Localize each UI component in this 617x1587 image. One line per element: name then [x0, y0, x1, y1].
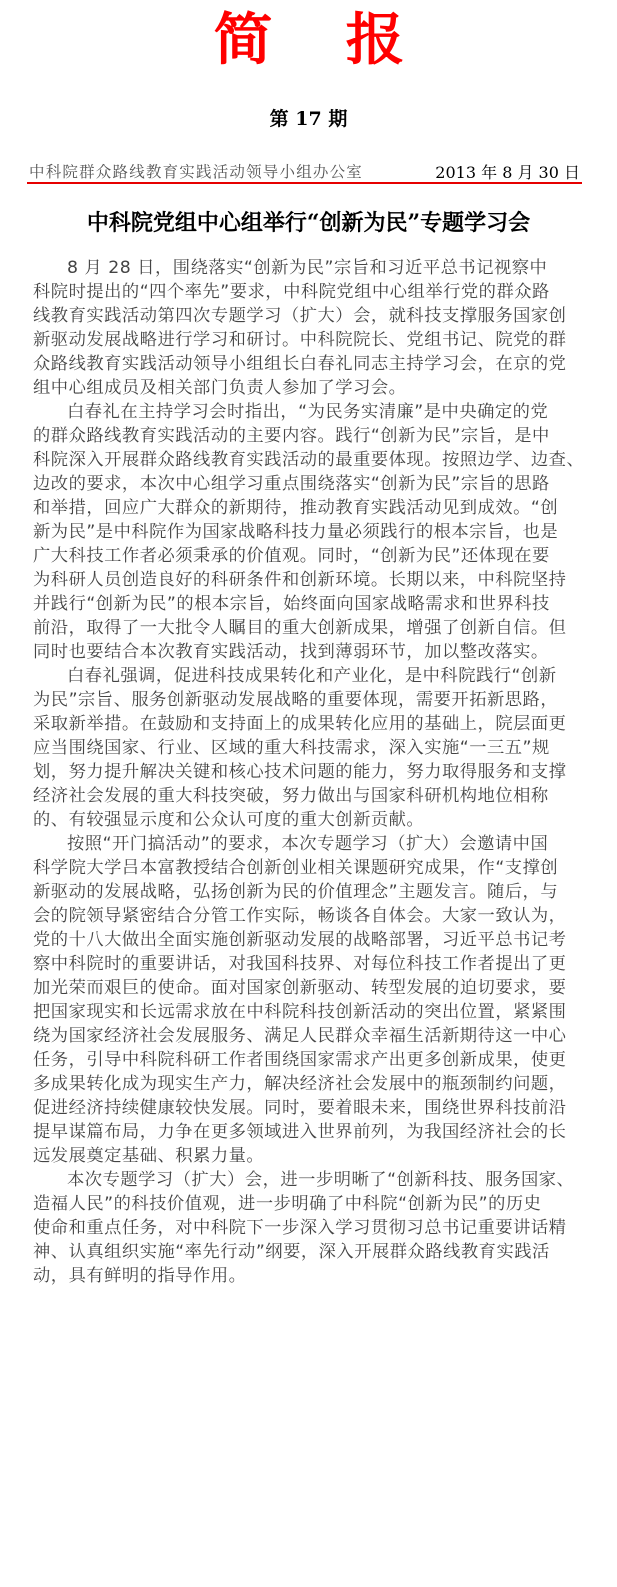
paragraph-line: 新驱动发展战略进行学习和研讨。中科院院长、党组书记、院党的群 [33, 328, 593, 352]
paragraph-line: 绕为国家经济社会发展服务、满足人民群众幸福生活新期待这一中心 [33, 1024, 593, 1048]
paragraph-line: 会的院领导紧密结合分管工作实际，畅谈各自体会。大家一致认为， [33, 904, 593, 928]
masthead-char-bao: 报 [345, 8, 404, 74]
paragraph-line: 并践行“创新为民”的根本宗旨，始终面向国家战略需求和世界科技 [33, 592, 593, 616]
paragraph-line: 线教育实践活动第四次专题学习（扩大）会，就科技支撑服务国家创 [33, 304, 593, 328]
paragraph-line: 动，具有鲜明的指导作用。 [33, 1264, 593, 1288]
paragraph-line: 前沿，取得了一大批令人瞩目的重大创新成果，增强了创新自信。但 [33, 616, 593, 640]
paragraph-line: 划，努力提升解决关键和核心技术问题的能力，努力取得服务和支撑 [33, 760, 593, 784]
paragraph-line: 加光荣而艰巨的使命。面对国家创新驱动、转型发展的迫切要求，要 [33, 976, 593, 1000]
paragraph-line: 把国家现实和长远需求放在中科院科技创新活动的突出位置，紧紧围 [33, 1000, 593, 1024]
paragraph-line: 科学院大学吕本富教授结合创新创业相关课题研究成果，作“支撑创 [33, 856, 593, 880]
masthead-char-jian: 简 [213, 8, 272, 74]
paragraph-line: 促进经济持续健康较快发展。同时，要着眼未来，围绕世界科技前沿 [33, 1096, 593, 1120]
paragraph-line: 8 月 28 日，围绕落实“创新为民”宗旨和习近平总书记视察中 [33, 256, 593, 280]
paragraph-line: 为民”宗旨、服务创新驱动发展战略的重要体现，需要开拓新思路， [33, 688, 593, 712]
paragraph-line: 和举措，回应广大群众的新期待，推动教育实践活动见到成效。“创 [33, 496, 593, 520]
paragraph-line: 的、有较强显示度和公众认可度的重大创新贡献。 [33, 808, 593, 832]
paragraph-line: 提早谋篇布局，力争在更多领域进入世界前列，为我国经济社会的长 [33, 1120, 593, 1144]
article-body: 8 月 28 日，围绕落实“创新为民”宗旨和习近平总书记视察中科院时提出的“四个… [33, 256, 593, 1288]
paragraph: 白春礼强调，促进科技成果转化和产业化，是中科院践行“创新为民”宗旨、服务创新驱动… [33, 664, 593, 832]
paragraph-line: 白春礼在主持学习会时指出，“为民务实清廉”是中央确定的党 [33, 400, 593, 424]
paragraph-line: 造福人民”的科技价值观，进一步明确了中科院“创新为民”的历史 [33, 1192, 593, 1216]
paragraph-line: 同时也要结合本次教育实践活动，找到薄弱环节，加以整改落实。 [33, 640, 593, 664]
paragraph-line: 多成果转化成为现实生产力，解决经济社会发展中的瓶颈制约问题， [33, 1072, 593, 1096]
paragraph-line: 白春礼强调，促进科技成果转化和产业化，是中科院践行“创新 [33, 664, 593, 688]
paragraph: 8 月 28 日，围绕落实“创新为民”宗旨和习近平总书记视察中科院时提出的“四个… [33, 256, 593, 400]
paragraph-line: 的群众路线教育实践活动的主要内容。践行“创新为民”宗旨，是中 [33, 424, 593, 448]
paragraph-line: 察中科院时的重要讲话，对我国科技界、对每位科技工作者提出了更 [33, 952, 593, 976]
paragraph-line: 科院深入开展群众路线教育实践活动的最重要体现。按照边学、边查、 [33, 448, 593, 472]
paragraph-line: 任务，引导中科院科研工作者围绕国家需求产出更多创新成果，使更 [33, 1048, 593, 1072]
paragraph: 白春礼在主持学习会时指出，“为民务实清廉”是中央确定的党的群众路线教育实践活动的… [33, 400, 593, 664]
paragraph-line: 本次专题学习（扩大）会，进一步明晰了“创新科技、服务国家、 [33, 1168, 593, 1192]
article-headline: 中科院党组中心组举行“创新为民”专题学习会 [0, 206, 617, 237]
paragraph-line: 采取新举措。在鼓励和支持面上的成果转化应用的基础上，院层面更 [33, 712, 593, 736]
paragraph-line: 新为民”是中科院作为国家战略科技力量必须践行的根本宗旨，也是 [33, 520, 593, 544]
paragraph-line: 经济社会发展的重大科技突破，努力做出与国家科研机构地位相称 [33, 784, 593, 808]
paragraph: 按照“开门搞活动”的要求，本次专题学习（扩大）会邀请中国科学院大学吕本富教授结合… [33, 832, 593, 1168]
paragraph-line: 组中心组成员及相关部门负责人参加了学习会。 [33, 376, 593, 400]
paragraph-line: 远发展奠定基础、积累力量。 [33, 1144, 593, 1168]
paragraph-line: 为科研人员创造良好的科研条件和创新环境。长期以来，中科院坚持 [33, 568, 593, 592]
paragraph-line: 科院时提出的“四个率先”要求，中科院党组中心组举行党的群众路 [33, 280, 593, 304]
paragraph-line: 众路线教育实践活动领导小组组长白春礼同志主持学习会，在京的党 [33, 352, 593, 376]
paragraph-line: 神、认真组织实施“率先行动”纲要，深入开展群众路线教育实践活 [33, 1240, 593, 1264]
paragraph-line: 广大科技工作者必须秉承的价值观。同时，“创新为民”还体现在要 [33, 544, 593, 568]
paragraph-line: 按照“开门搞活动”的要求，本次专题学习（扩大）会邀请中国 [33, 832, 593, 856]
paragraph-line: 边改的要求，本次中心组学习重点围绕落实“创新为民”宗旨的思路 [33, 472, 593, 496]
issuing-office: 中科院群众路线教育实践活动领导小组办公室 [29, 160, 363, 182]
header-divider [27, 182, 582, 184]
paragraph-line: 党的十八大做出全面实施创新驱动发展的战略部署，习近平总书记考 [33, 928, 593, 952]
publication-meta: 中科院群众路线教育实践活动领导小组办公室 2013 年 8 月 30 日 [27, 160, 582, 182]
paragraph: 本次专题学习（扩大）会，进一步明晰了“创新科技、服务国家、造福人民”的科技价值观… [33, 1168, 593, 1288]
issue-number: 第 17 期 [0, 104, 617, 131]
paragraph-line: 应当围绕国家、行业、区域的重大科技需求，深入实施“一三五”规 [33, 736, 593, 760]
paragraph-line: 新驱动的发展战略，弘扬创新为民的价值理念”主题发言。随后，与 [33, 880, 593, 904]
masthead-title: 简报 [0, 8, 617, 74]
publication-date: 2013 年 8 月 30 日 [435, 160, 580, 183]
paragraph-line: 使命和重点任务，对中科院下一步深入学习贯彻习总书记重要讲话精 [33, 1216, 593, 1240]
